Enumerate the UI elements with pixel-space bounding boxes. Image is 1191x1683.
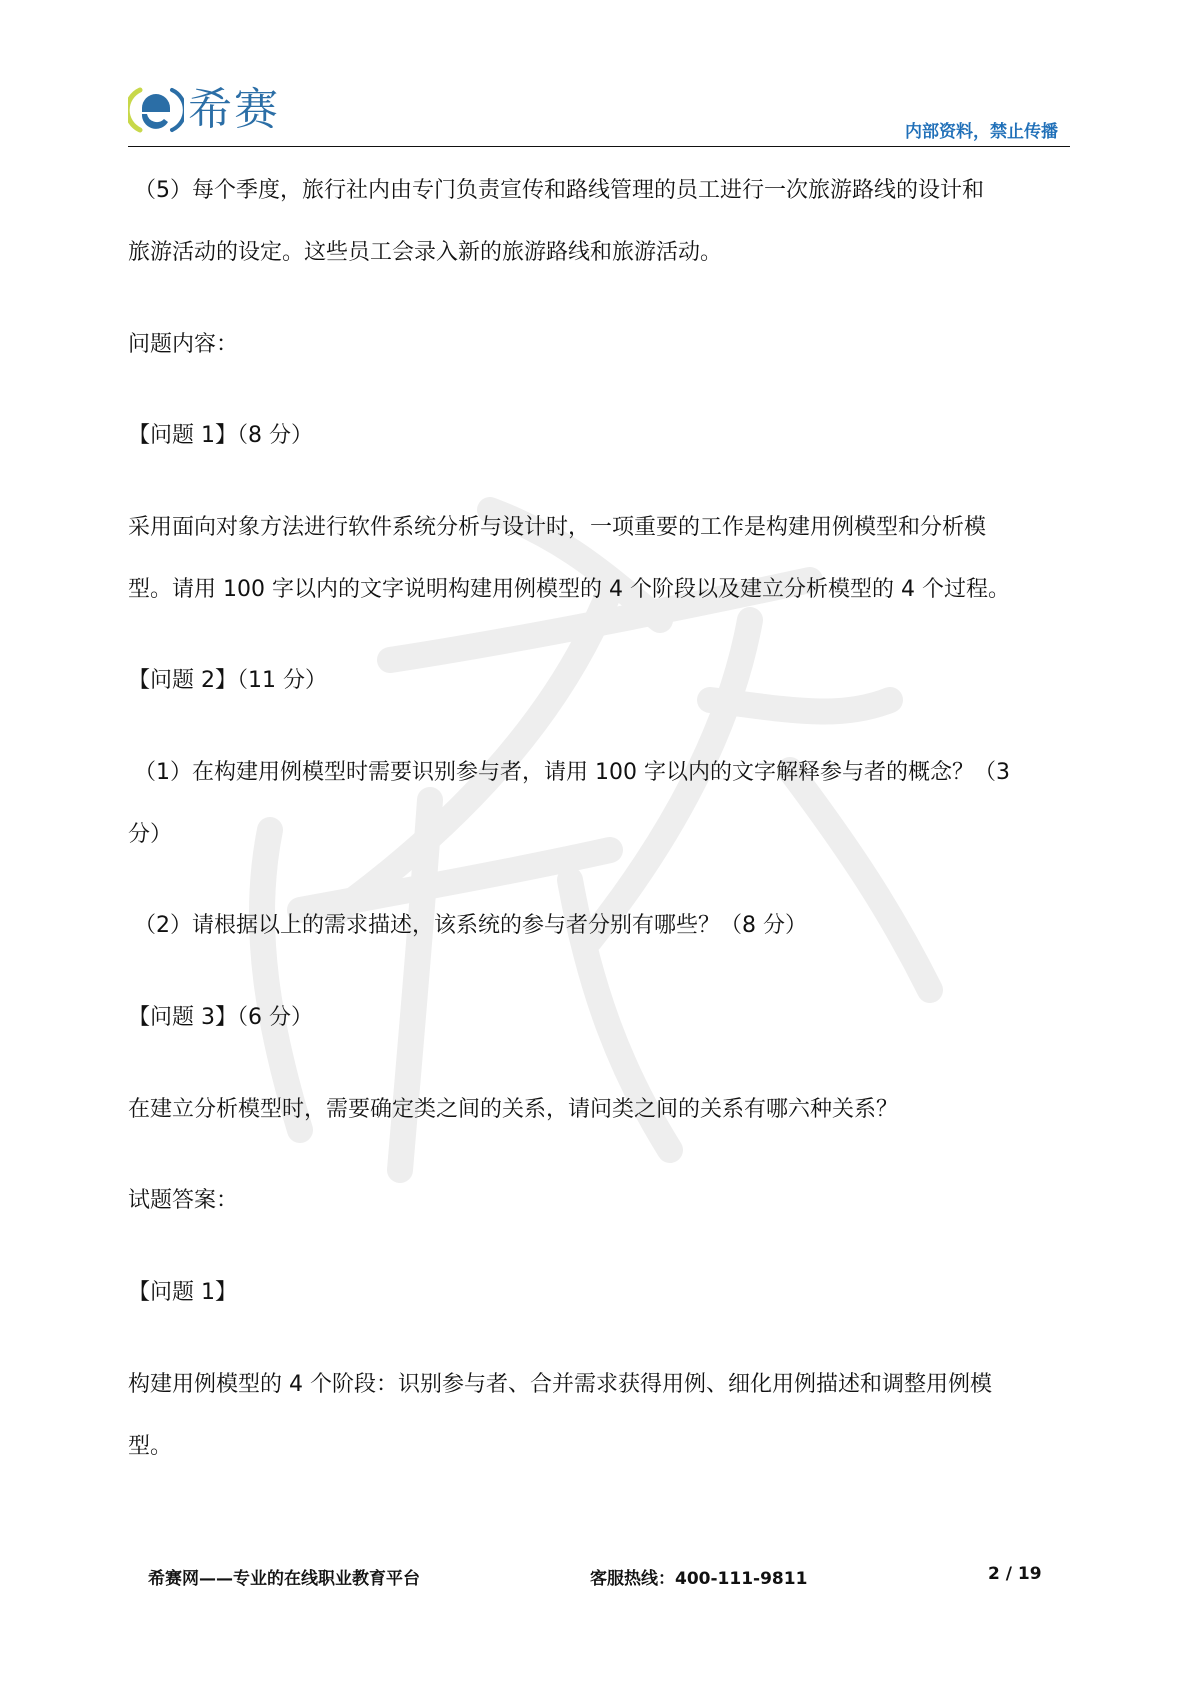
page-number: 2 / 19 [988,1564,1042,1584]
paragraph-line: 在建立分析模型时，需要确定类之间的关系，请问类之间的关系有哪六种关系？ [128,1095,898,1125]
document-page: 希赛 内部资料，禁止传播 （5）每个季度，旅行社内由专门负责宣传和路线管理的员工… [0,0,1191,1683]
paragraph-line: 型。请用 100 字以内的文字说明构建用例模型的 4 个阶段以及建立分析模型的 … [128,575,1010,605]
section-heading: 问题内容： [128,330,238,360]
paragraph-line: 型。 [128,1432,172,1462]
header-divider [128,146,1070,147]
confidential-notice: 内部资料，禁止传播 [905,117,1058,142]
paragraph-line: （1）在构建用例模型时需要识别参与者，请用 100 字以内的文字解释参与者的概念… [134,758,1010,788]
e-logo-icon [128,84,184,136]
paragraph-line: 旅游活动的设定。这些员工会录入新的旅游路线和旅游活动。 [128,238,722,268]
footer-hotline: 客服热线：400-111-9811 [590,1564,807,1589]
paragraph-line: 分） [128,820,172,850]
question-heading: 【问题 3】（6 分） [128,1003,313,1033]
paragraph-line: （2）请根据以上的需求描述，该系统的参与者分别有哪些？（8 分） [134,911,807,941]
page-footer: 希赛网——专业的在线职业教育平台 客服热线：400-111-9811 2 / 1… [0,1564,1191,1588]
paragraph-line: 构建用例模型的 4 个阶段：识别参与者、合并需求获得用例、细化用例描述和调整用例… [128,1370,992,1400]
question-heading: 【问题 2】（11 分） [128,666,327,696]
footer-slogan: 希赛网——专业的在线职业教育平台 [148,1564,420,1589]
logo-text: 希赛 [188,84,280,136]
page-header: 希赛 内部资料，禁止传播 [128,76,1070,148]
section-heading: 试题答案： [128,1186,238,1216]
paragraph-line: 采用面向对象方法进行软件系统分析与设计时，一项重要的工作是构建用例模型和分析模 [128,513,986,543]
question-heading: 【问题 1】 [128,1278,237,1308]
paragraph-line: （5）每个季度，旅行社内由专门负责宣传和路线管理的员工进行一次旅游路线的设计和 [134,176,984,206]
question-heading: 【问题 1】（8 分） [128,421,313,451]
brand-logo: 希赛 [128,82,280,138]
